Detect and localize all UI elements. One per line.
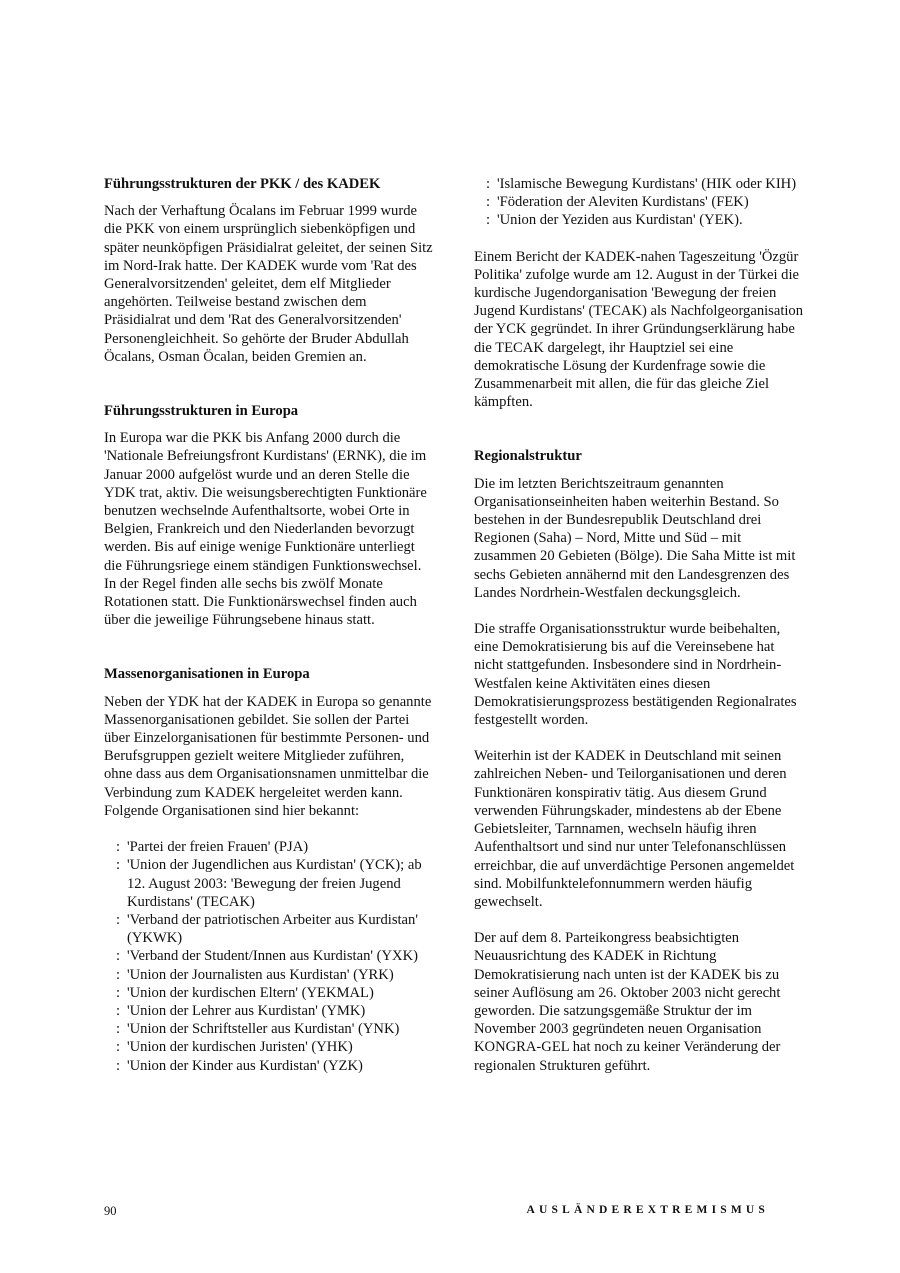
list-bullet: : — [116, 984, 120, 1002]
section-heading-regional-structure: Regionalstruktur — [474, 447, 804, 465]
list-bullet: : — [116, 856, 120, 874]
list-item: :'Union der Jugendlichen aus Kurdistan' … — [104, 856, 434, 911]
spacer — [104, 629, 434, 665]
list-item: :'Union der kurdischen Eltern' (YEKMAL) — [104, 984, 434, 1002]
list-item-text: 'Union der kurdischen Juristen' (YHK) — [127, 1039, 353, 1055]
paragraph-regional-3: Weiterhin ist der KADEK in Deutschland m… — [474, 747, 804, 911]
list-bullet: : — [486, 193, 490, 211]
list-item: :'Islamische Bewegung Kurdistans' (HIK o… — [474, 175, 804, 193]
list-bullet: : — [116, 1002, 120, 1020]
list-item: :'Föderation der Aleviten Kurdistans' (F… — [474, 193, 804, 211]
section-heading-mass-organizations: Massenorganisationen in Europa — [104, 665, 434, 683]
list-item-text: 'Union der kurdischen Eltern' (YEKMAL) — [127, 985, 374, 1001]
list-item-text: 'Union der Kinder aus Kurdistan' (YZK) — [127, 1058, 363, 1074]
organization-list-continued: :'Islamische Bewegung Kurdistans' (HIK o… — [474, 175, 804, 230]
list-bullet: : — [116, 1057, 120, 1075]
paragraph-regional-1: Die im letzten Berichtszeitraum genannte… — [474, 475, 804, 602]
list-bullet: : — [486, 211, 490, 229]
section-heading-leadership-pkk-kadek: Führungsstrukturen der PKK / des KADEK — [104, 175, 434, 193]
spacer — [474, 602, 804, 620]
spacer — [104, 820, 434, 838]
list-item: :'Verband der Student/Innen aus Kurdista… — [104, 947, 434, 965]
spacer — [474, 911, 804, 929]
spacer — [474, 729, 804, 747]
running-title: AUSLÄNDEREXTREMISMUS — [527, 1204, 769, 1216]
list-bullet: : — [116, 1038, 120, 1056]
list-bullet: : — [116, 947, 120, 965]
organization-list: :'Partei der freien Frauen' (PJA) :'Unio… — [104, 838, 434, 1075]
list-item: :'Union der Kinder aus Kurdistan' (YZK) — [104, 1057, 434, 1075]
list-item-text: 'Partei der freien Frauen' (PJA) — [127, 839, 308, 855]
paragraph-mass-organizations: Neben der YDK hat der KADEK in Europa so… — [104, 693, 434, 820]
spacer — [474, 411, 804, 447]
spacer — [104, 366, 434, 402]
list-item: :'Union der Lehrer aus Kurdistan' (YMK) — [104, 1002, 434, 1020]
spacer — [474, 230, 804, 248]
list-item-text: 'Föderation der Aleviten Kurdistans' (FE… — [497, 194, 749, 210]
list-item: :'Verband der patriotischen Arbeiter aus… — [104, 911, 434, 947]
list-bullet: : — [116, 1020, 120, 1038]
list-item-text: 'Union der Yeziden aus Kurdistan' (YEK). — [497, 212, 743, 228]
paragraph-tecak: Einem Bericht der KADEK-nahen Tageszeitu… — [474, 248, 804, 412]
list-bullet: : — [116, 966, 120, 984]
list-item: :'Union der Yeziden aus Kurdistan' (YEK)… — [474, 211, 804, 229]
list-item-text: 'Union der Journalisten aus Kurdistan' (… — [127, 967, 394, 983]
list-item-text: 'Union der Jugendlichen aus Kurdistan' (… — [127, 857, 422, 909]
list-item-text: 'Islamische Bewegung Kurdistans' (HIK od… — [497, 176, 796, 192]
list-item: :'Union der Schriftsteller aus Kurdistan… — [104, 1020, 434, 1038]
list-item-text: 'Union der Schriftsteller aus Kurdistan'… — [127, 1021, 399, 1037]
list-bullet: : — [116, 838, 120, 856]
list-item: :'Partei der freien Frauen' (PJA) — [104, 838, 434, 856]
list-item: :'Union der Journalisten aus Kurdistan' … — [104, 966, 434, 984]
paragraph-leadership-pkk-kadek: Nach der Verhaftung Öcalans im Februar 1… — [104, 202, 434, 366]
list-item: :'Union der kurdischen Juristen' (YHK) — [104, 1038, 434, 1056]
left-column: Führungsstrukturen der PKK / des KADEK N… — [104, 175, 434, 1075]
paragraph-leadership-europe: In Europa war die PKK bis Anfang 2000 du… — [104, 429, 434, 629]
paragraph-regional-2: Die straffe Organisationsstruktur wurde … — [474, 620, 804, 729]
paragraph-regional-4: Der auf dem 8. Parteikongress beabsichti… — [474, 929, 804, 1075]
section-heading-leadership-europe: Führungsstrukturen in Europa — [104, 402, 434, 420]
list-item-text: 'Verband der Student/Innen aus Kurdistan… — [127, 948, 418, 964]
right-column: :'Islamische Bewegung Kurdistans' (HIK o… — [474, 175, 804, 1075]
list-bullet: : — [486, 175, 490, 193]
list-item-text: 'Verband der patriotischen Arbeiter aus … — [127, 912, 418, 946]
page-number: 90 — [104, 1204, 117, 1219]
list-item-text: 'Union der Lehrer aus Kurdistan' (YMK) — [127, 1003, 365, 1019]
list-bullet: : — [116, 911, 120, 929]
